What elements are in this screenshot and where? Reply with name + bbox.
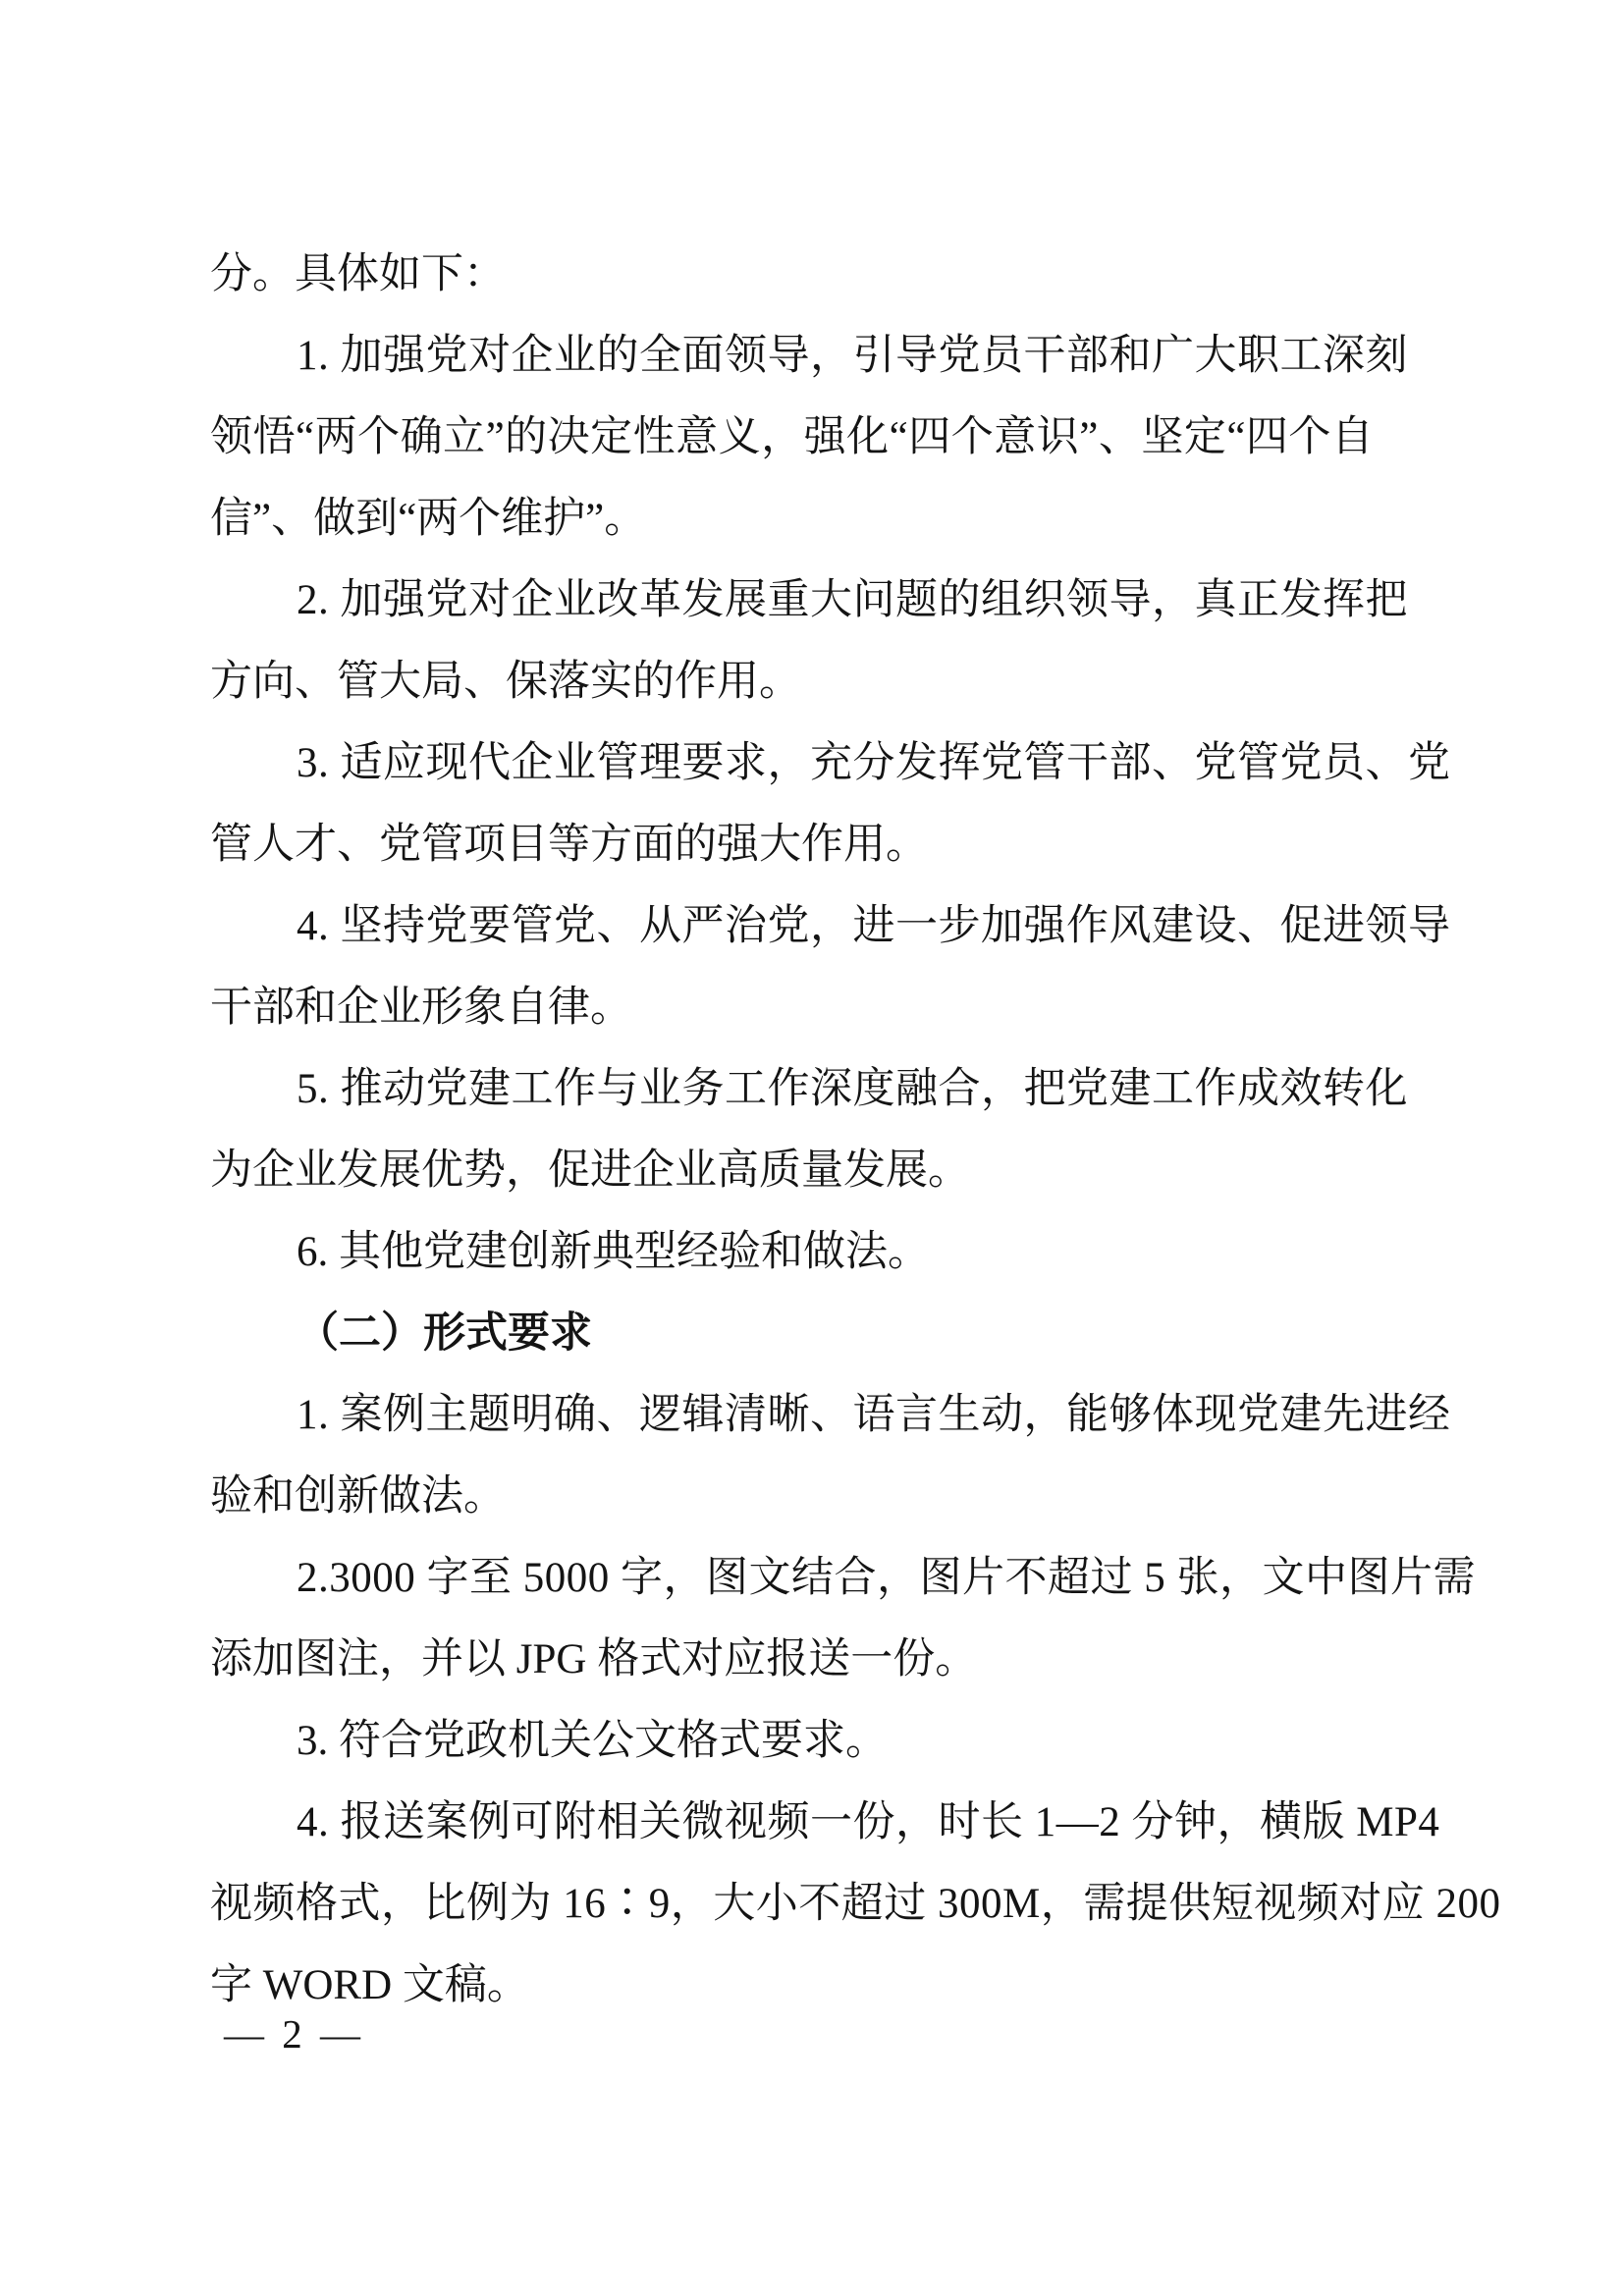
text-line: 1. 案例主题明确、逻辑清晰、语言生动，能够体现党建先进经 (210, 1374, 1408, 1456)
text-line: 4. 报送案例可附相关微视频一份，时长 1—2 分钟，横版 MP4 (210, 1782, 1408, 1863)
text-line: 2. 加强党对企业改革发展重大问题的组织领导，真正发挥把 (210, 560, 1408, 641)
text-line: 领悟“两个确立”的决定性意义，强化“四个意识”、坚定“四个自 (210, 397, 1408, 478)
text-line: 视频格式，比例为 16∶9，大小不超过 300M，需提供短视频对应 200 (210, 1863, 1408, 1945)
document-body: 分。具体如下：1. 加强党对企业的全面领导，引导党员干部和广大职工深刻领悟“两个… (210, 234, 1408, 2026)
text-line: 1. 加强党对企业的全面领导，引导党员干部和广大职工深刻 (210, 315, 1408, 397)
text-line: 6. 其他党建创新典型经验和做法。 (210, 1211, 1408, 1293)
text-line: 分。具体如下： (210, 234, 1408, 315)
text-line: 方向、管大局、保落实的作用。 (210, 641, 1408, 722)
text-line: 干部和企业形象自律。 (210, 967, 1408, 1048)
text-line: 2.3000 字至 5000 字，图文结合，图片不超过 5 张，文中图片需 (210, 1537, 1408, 1619)
section-heading: （二）形式要求 (210, 1293, 1408, 1374)
text-line: 信”、做到“两个维护”。 (210, 478, 1408, 560)
text-line: 管人才、党管项目等方面的强大作用。 (210, 804, 1408, 885)
page-number: — 2 — (224, 2004, 364, 2063)
text-line: 字 WORD 文稿。 (210, 1945, 1408, 2026)
text-line: 5. 推动党建工作与业务工作深度融合，把党建工作成效转化 (210, 1048, 1408, 1130)
text-line: 3. 符合党政机关公文格式要求。 (210, 1700, 1408, 1782)
document-page: 分。具体如下：1. 加强党对企业的全面领导，引导党员干部和广大职工深刻领悟“两个… (0, 0, 1623, 2296)
text-line: 为企业发展优势，促进企业高质量发展。 (210, 1130, 1408, 1211)
text-line: 添加图注，并以 JPG 格式对应报送一份。 (210, 1619, 1408, 1700)
text-line: 4. 坚持党要管党、从严治党，进一步加强作风建设、促进领导 (210, 885, 1408, 967)
text-line: 3. 适应现代企业管理要求，充分发挥党管干部、党管党员、党 (210, 722, 1408, 804)
text-line: 验和创新做法。 (210, 1456, 1408, 1537)
